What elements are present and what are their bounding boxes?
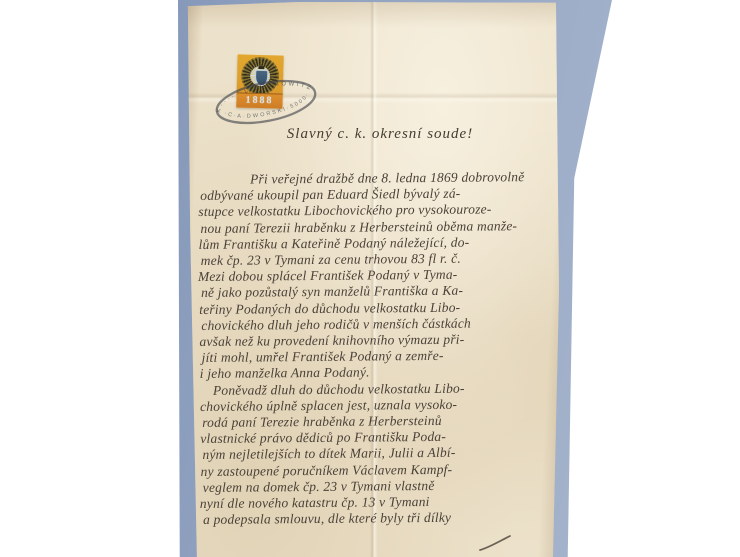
salutation: Slavný c. k. okresní soude! bbox=[186, 126, 562, 143]
document-photo: 1888 · · K · · · · · · L I B O C H O W I… bbox=[178, 0, 612, 557]
stamp-crown-icon bbox=[258, 66, 264, 69]
manuscript-paper: 1888 · · K · · · · · · L I B O C H O W I… bbox=[186, 0, 562, 557]
manuscript-line: a podepsala smlouvu, dle které byly tři … bbox=[203, 509, 557, 528]
pen-flourish-mark bbox=[478, 534, 512, 552]
manuscript-line: nou paní Terezii hraběnku z Herbersteinů… bbox=[200, 218, 554, 237]
manuscript-body: Při veřejné dražbě dne 8. ledna 1869 dob… bbox=[198, 169, 557, 529]
page-background: 1888 · · K · · · · · · L I B O C H O W I… bbox=[0, 0, 740, 557]
manuscript-line: Při veřejné dražbě dne 8. ledna 1869 dob… bbox=[250, 169, 554, 188]
